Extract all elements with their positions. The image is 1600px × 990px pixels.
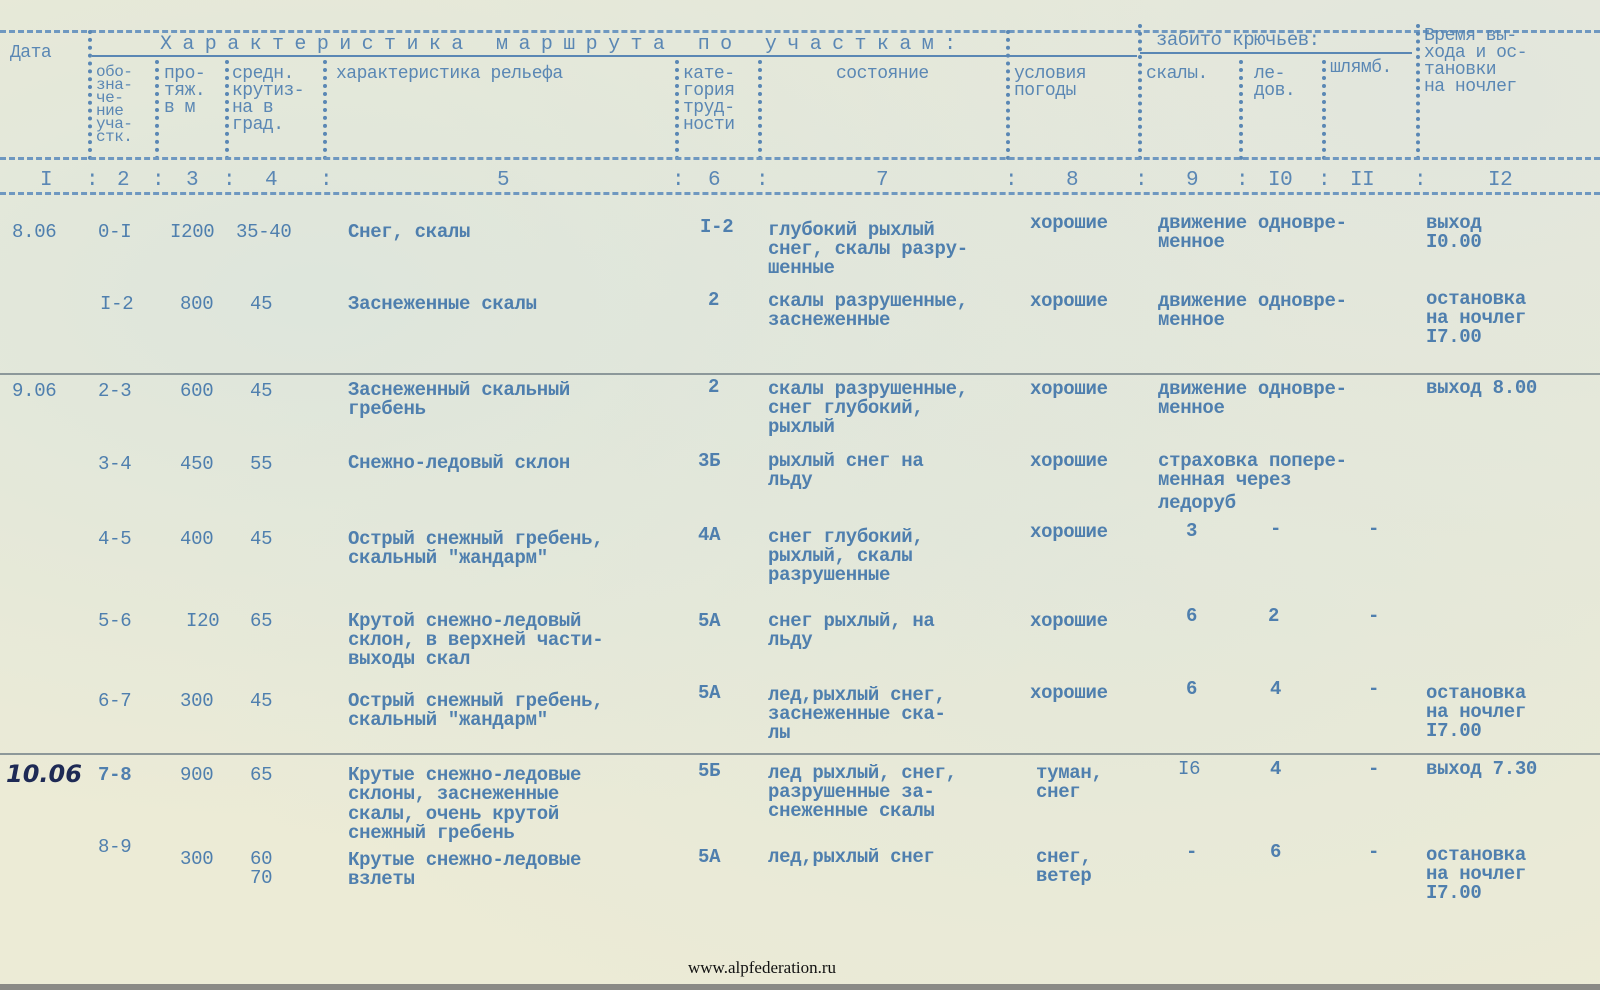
cell-condition: льду xyxy=(768,631,812,650)
cell-date: 8.06 xyxy=(12,223,56,242)
column-numbers-rule xyxy=(0,192,1600,195)
cell-segment: 0-I xyxy=(98,223,131,242)
header-col-length: про- тяж. в м xyxy=(164,66,205,117)
cell-length: 400 xyxy=(180,530,213,549)
hdr-line: в м xyxy=(164,100,205,117)
header-col-ice: ле- дов. xyxy=(1254,66,1295,100)
header-col-rock: скалы. xyxy=(1146,66,1208,83)
cell-hooks-ice: - xyxy=(1270,520,1281,539)
cell-steepness: 45 xyxy=(250,382,272,401)
cell-category: I-2 xyxy=(700,218,733,237)
cell-category: 2 xyxy=(708,291,719,310)
cell-hooks-ice: 2 xyxy=(1268,607,1279,626)
cell-hooks-rock: - xyxy=(1186,843,1197,862)
cell-steepness: 45 xyxy=(250,692,272,711)
cell-relief: Заснеженные скалы xyxy=(348,295,537,314)
colnum-sep: : xyxy=(223,172,235,189)
watermark: www.alpfederation.ru xyxy=(688,958,836,978)
cell-time: выход 8.00 xyxy=(1426,379,1537,398)
cell-relief: склоны, заснеженные xyxy=(348,785,559,804)
cell-time: I7.00 xyxy=(1426,722,1482,741)
cell-condition: лы xyxy=(768,724,790,743)
cell-category: 5Б xyxy=(698,762,720,781)
colnum: II xyxy=(1350,172,1374,189)
cell-length: 600 xyxy=(180,382,213,401)
cell-weather: хорошие xyxy=(1030,452,1108,471)
cell-hooks-rock: 6 xyxy=(1186,680,1197,699)
header-sep xyxy=(1006,30,1010,160)
colnum: 8 xyxy=(1066,172,1078,189)
header-col-category: кате- гория труд- ности xyxy=(683,66,735,134)
cell-steepness: 65 xyxy=(250,612,272,631)
colnum: 4 xyxy=(265,172,277,189)
colnum: I2 xyxy=(1488,172,1512,189)
cell-steepness: 65 xyxy=(250,766,272,785)
header-sep xyxy=(1416,24,1420,160)
cell-length: 300 xyxy=(180,692,213,711)
cell-weather: хорошие xyxy=(1030,380,1108,399)
cell-hooks-note: ледоруб xyxy=(1158,494,1236,513)
cell-segment: 6-7 xyxy=(98,692,131,711)
cell-hooks-ice: 6 xyxy=(1270,843,1281,862)
header-time-title: Время вы- хода и ос- тановки на ночлег xyxy=(1424,28,1527,96)
scan-edge xyxy=(0,984,1600,990)
cell-segment: 3-4 xyxy=(98,455,131,474)
header-bottom-rule xyxy=(0,157,1600,160)
cell-condition: шенные xyxy=(768,259,835,278)
header-sep xyxy=(1322,60,1326,160)
cell-category: 3Б xyxy=(698,452,720,471)
cell-relief: скальный "жандарм" xyxy=(348,549,548,568)
hdr-line: погоды xyxy=(1014,83,1086,100)
colnum-sep: : xyxy=(672,172,684,189)
header-sep xyxy=(1138,24,1142,160)
colnum-sep: : xyxy=(152,172,164,189)
cell-weather: хорошие xyxy=(1030,292,1108,311)
cell-time: I7.00 xyxy=(1426,328,1482,347)
time-title-line: на ночлег xyxy=(1424,79,1527,96)
colnum-sep: : xyxy=(1318,172,1330,189)
header-col-segment: обо- зна- че- ние уча- стк. xyxy=(96,66,132,144)
cell-condition: заснеженные ска- xyxy=(768,705,946,724)
cell-date: 9.06 xyxy=(12,382,56,401)
cell-weather: снег xyxy=(1036,783,1080,802)
colnum: 7 xyxy=(876,172,888,189)
cell-relief: выходы скал xyxy=(348,650,470,669)
cell-time: I7.00 xyxy=(1426,884,1482,903)
colnum: 6 xyxy=(708,172,720,189)
header-hooks-underline xyxy=(1140,52,1412,54)
cell-steepness: 45 xyxy=(250,295,272,314)
cell-relief: снежный гребень xyxy=(348,824,515,843)
cell-hooks-rock: I6 xyxy=(1178,760,1200,779)
cell-hooks-note: менное xyxy=(1158,311,1225,330)
cell-category: 5А xyxy=(698,612,720,631)
cell-weather: хорошие xyxy=(1030,523,1108,542)
cell-weather: ветер xyxy=(1036,867,1092,886)
cell-hooks-note: менное xyxy=(1158,233,1225,252)
cell-hooks-ice: 4 xyxy=(1270,760,1281,779)
cell-segment: 7-8 xyxy=(98,766,131,785)
cell-length: I200 xyxy=(170,223,214,242)
header-col-weather: условия погоды xyxy=(1014,66,1086,100)
colnum: 9 xyxy=(1186,172,1198,189)
header-col-bolt: шлямб. xyxy=(1330,60,1392,77)
cell-length: 800 xyxy=(180,295,213,314)
cell-length: 900 xyxy=(180,766,213,785)
cell-hooks-rock: 6 xyxy=(1186,607,1197,626)
colnum-sep: : xyxy=(86,172,98,189)
cell-time: выход 7.30 xyxy=(1426,760,1537,779)
cell-hooks-bolt: - xyxy=(1368,760,1379,779)
cell-hooks-bolt: - xyxy=(1368,680,1379,699)
colnum-sep: : xyxy=(1135,172,1147,189)
cell-condition: разрушенные xyxy=(768,566,890,585)
cell-relief: скальный "жандарм" xyxy=(348,711,548,730)
cell-relief: Снег, скалы xyxy=(348,223,470,242)
cell-relief: взлеты xyxy=(348,870,415,889)
hdr-line: стк. xyxy=(96,131,132,144)
cell-segment: 2-3 xyxy=(98,382,131,401)
header-sep xyxy=(155,60,159,160)
header-col-relief: характеристика рельефа xyxy=(336,66,563,83)
header-sep xyxy=(225,60,229,160)
cell-condition: снеженные скалы xyxy=(768,802,935,821)
cell-hooks-bolt: - xyxy=(1368,607,1379,626)
cell-hooks-bolt: - xyxy=(1368,843,1379,862)
cell-length: I20 xyxy=(186,612,219,631)
header-col-condition: состояние xyxy=(836,66,929,83)
cell-steepness: 35-40 xyxy=(236,223,292,242)
cell-time: I0.00 xyxy=(1426,233,1482,252)
cell-hooks-ice: 4 xyxy=(1270,680,1281,699)
header-sep xyxy=(758,60,762,160)
cell-category: 2 xyxy=(708,378,719,397)
cell-category: 4А xyxy=(698,526,720,545)
header-sep xyxy=(88,30,92,160)
cell-segment: 8-9 xyxy=(98,838,131,857)
colnum-sep: : xyxy=(1236,172,1248,189)
header-sep xyxy=(675,60,679,160)
cell-hooks-rock: 3 xyxy=(1186,522,1197,541)
cell-length: 450 xyxy=(180,455,213,474)
header-group-underline xyxy=(92,55,1137,57)
colnum: 3 xyxy=(186,172,198,189)
day-divider xyxy=(0,373,1600,375)
cell-segment: I-2 xyxy=(100,295,133,314)
cell-condition: заснеженные xyxy=(768,311,890,330)
cell-hooks-bolt: - xyxy=(1368,520,1379,539)
cell-steepness: 45 xyxy=(250,530,272,549)
cell-condition: лед,рыхлый снег xyxy=(768,848,935,867)
cell-hooks-note: менная через xyxy=(1158,471,1291,490)
cell-segment: 4-5 xyxy=(98,530,131,549)
header-sep xyxy=(1239,60,1243,160)
header-hooks-title: забито крючьев: xyxy=(1156,32,1320,49)
hdr-line: град. xyxy=(232,117,304,134)
cell-category: 5А xyxy=(698,848,720,867)
hdr-line: дов. xyxy=(1254,83,1295,100)
colnum-sep: : xyxy=(320,172,332,189)
colnum: 2 xyxy=(117,172,129,189)
colnum-sep: : xyxy=(756,172,768,189)
hdr-line: ности xyxy=(683,117,735,134)
header-group-title: Х а р а к т е р и с т и к а м а р ш р у … xyxy=(160,36,955,53)
cell-weather: хорошие xyxy=(1030,214,1108,233)
colnum-sep: : xyxy=(1414,172,1426,189)
cell-length: 300 xyxy=(180,850,213,869)
cell-weather: хорошие xyxy=(1030,684,1108,703)
header-sep xyxy=(323,60,327,160)
cell-date-handwritten: 10.06 xyxy=(6,760,82,788)
colnum: I0 xyxy=(1268,172,1292,189)
colnum: 5 xyxy=(497,172,509,189)
cell-steepness: 60 70 xyxy=(250,850,272,888)
colnum-sep: : xyxy=(1005,172,1017,189)
day-divider xyxy=(0,753,1600,755)
cell-condition: льду xyxy=(768,471,812,490)
header-date: Дата xyxy=(10,45,51,62)
cell-condition: рыхлый xyxy=(768,418,835,437)
colnum: I xyxy=(40,172,52,189)
cell-weather: хорошие xyxy=(1030,612,1108,631)
cell-segment: 5-6 xyxy=(98,612,131,631)
cell-relief: гребень xyxy=(348,400,426,419)
cell-relief: Снежно-ледовый склон xyxy=(348,454,570,473)
cell-category: 5А xyxy=(698,684,720,703)
cell-hooks-note: менное xyxy=(1158,399,1225,418)
header-col-steepness: средн. крутиз- на в град. xyxy=(232,66,304,134)
cell-steepness: 55 xyxy=(250,455,272,474)
